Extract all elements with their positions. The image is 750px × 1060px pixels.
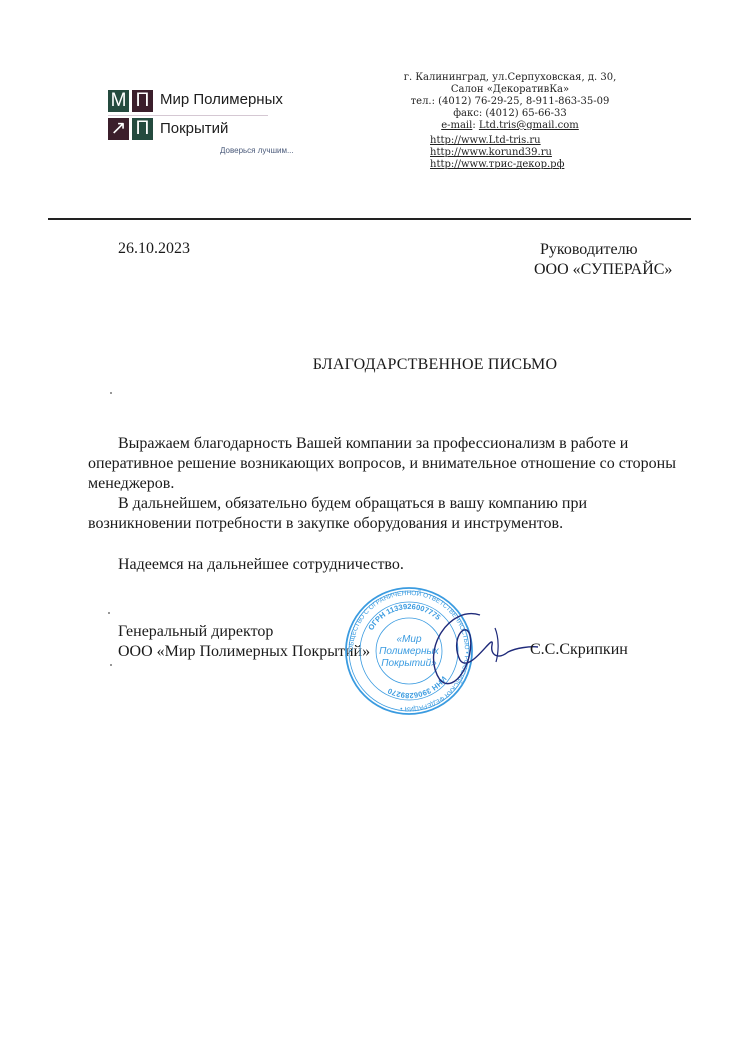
paragraph1-line2: оперативное решение возникающих вопросов… — [88, 454, 688, 474]
website-link[interactable]: http://www.Ltd-tris.ru — [430, 135, 564, 147]
website-link[interactable]: http://www.трис-декор.рф — [430, 159, 564, 171]
logo-tile-m: М — [108, 90, 129, 112]
contact-block: г. Калининград, ул.Серпуховская, д. 30, … — [380, 72, 640, 132]
header-divider — [48, 218, 691, 220]
signer-company: ООО «Мир Полимерных Покрытий» — [118, 642, 370, 662]
letter-body: Выражаем благодарность Вашей компании за… — [88, 434, 688, 534]
stamp-center-line1: «Мир — [396, 634, 421, 645]
website-link[interactable]: http://www.korund39.ru — [430, 147, 564, 159]
paragraph1-line1: Выражаем благодарность Вашей компании за… — [88, 434, 688, 454]
logo-tile-p: П — [132, 118, 153, 140]
company-logo: М П ↗ П Мир Полимерных Покрытий Доверься… — [108, 90, 308, 162]
addressee-line1: Руководителю — [540, 240, 672, 260]
paragraph2-line1: В дальнейшем, обязательно будем обращать… — [88, 494, 688, 514]
salon: Салон «ДекоративКа» — [380, 84, 640, 96]
scan-speck — [108, 612, 110, 614]
paragraph2-line2: возникновении потребности в закупке обор… — [88, 514, 688, 534]
logo-name-line1: Мир Полимерных — [160, 91, 283, 108]
letter-date: 26.10.2023 — [118, 240, 190, 258]
email-link[interactable]: Ltd.tris@gmail.com — [479, 120, 579, 131]
letter-title-text: БЛАГОДАРСТВЕННОЕ ПИСЬМО — [313, 356, 557, 373]
signature-icon — [420, 600, 540, 690]
scan-speck — [110, 392, 112, 394]
closing-line: Надеемся на дальнейшее сотрудничество. — [118, 556, 404, 574]
addressee: Руководителю ООО «СУПЕРАЙС» — [540, 240, 672, 280]
addressee-line2: ООО «СУПЕРАЙС» — [534, 260, 672, 280]
logo-divider — [108, 115, 268, 116]
signer-name: С.С.Скрипкин — [530, 641, 628, 659]
scan-speck — [110, 664, 112, 666]
email-row: e-mail: Ltd.tris@gmail.com — [380, 120, 640, 132]
arrow-icon: ↗ — [108, 118, 129, 140]
letter-title: БЛАГОДАРСТВЕННОЕ ПИСЬМО — [0, 356, 750, 374]
paragraph1-line3: менеджеров. — [88, 474, 688, 494]
logo-name-line2: Покрытий — [160, 120, 228, 137]
email-label: e-mail — [441, 120, 472, 131]
fax: факс: (4012) 65-66-33 — [380, 108, 640, 120]
website-links: http://www.Ltd-tris.ru http://www.korund… — [430, 135, 564, 171]
address: г. Калининград, ул.Серпуховская, д. 30, — [380, 72, 640, 84]
signer-role: Генеральный директор — [118, 622, 370, 642]
signer-block: Генеральный директор ООО «Мир Полимерных… — [118, 622, 370, 662]
phone: тел.: (4012) 76-29-25, 8-911-863-35-09 — [380, 96, 640, 108]
logo-slogan: Доверься лучшим... — [220, 146, 294, 155]
logo-tile-p: П — [132, 90, 153, 112]
